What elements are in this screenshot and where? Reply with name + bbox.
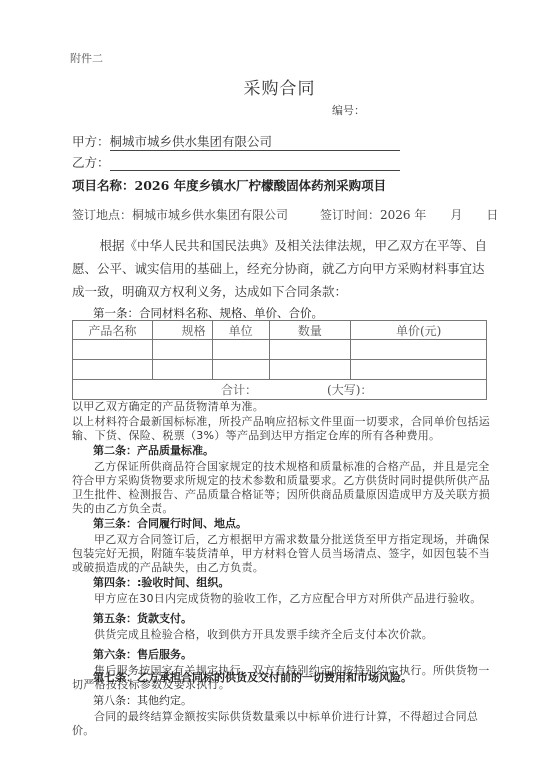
party-a-line: 甲方：桐城市城乡供水集团有限公司 — [72, 132, 400, 151]
party-b-line: 乙方： — [72, 153, 400, 171]
clause-3-body: 甲乙双方合同签订后，乙方根据甲方需求数量分批送货至甲方指定现场，并确保包装完好无… — [72, 533, 492, 575]
project-name-line: 项目名称：2026 年度乡镇水厂柠檬酸固体药剂采购项目 — [72, 176, 386, 194]
document-title: 采购合同 — [0, 74, 559, 99]
signing-place: 签订地点：桐城市城乡供水集团有限公司 — [72, 206, 288, 223]
header-unit: 单位 — [212, 321, 269, 340]
signing-time: 签订时间：2026 年月日 — [320, 206, 498, 223]
cell[interactable] — [73, 360, 153, 380]
clause-4-body: 甲方应在30日内完成货物的验收工作，乙方应配合甲方对所供产品进行验收。 — [72, 592, 492, 606]
project-name-label: 项目名称： — [72, 178, 135, 193]
project-name-value: 2026 年度乡镇水厂柠檬酸固体药剂采购项目 — [135, 178, 387, 193]
contract-number-label: 编号： — [332, 102, 365, 118]
cell[interactable] — [351, 340, 487, 360]
cell[interactable] — [152, 360, 212, 380]
table-header-row: 产品名称 规格 单位 数量 单价(元) — [73, 321, 487, 340]
clause-8-body: 合同的最终结算金额按实际供货数量乘以中标单价进行计算，不得超过合同总价。 — [72, 710, 492, 738]
party-a-label: 甲方： — [72, 134, 110, 149]
clause-5-title: 第五条：货款支付。 — [93, 610, 192, 626]
table-row — [73, 360, 487, 380]
clause-1-note-2: 以上材料符合最新国标标准，所投产品响应招标文件里面一切要求，合同单价包括运输、下… — [72, 415, 492, 443]
cell[interactable] — [152, 340, 212, 360]
table-total-row: 合计：(大写)： — [73, 380, 487, 400]
signing-place-value: 桐城市城乡供水集团有限公司 — [132, 208, 288, 222]
header-product-name: 产品名称 — [73, 321, 153, 340]
cell[interactable] — [269, 360, 351, 380]
party-b-value — [110, 155, 400, 171]
clause-8-title: 第八条：其他约定。 — [93, 692, 192, 708]
cell[interactable] — [212, 340, 269, 360]
clause-2-body: 乙方保证所供商品符合国家规定的技术规格和质量标准的合格产品，并且是完全符合甲方采… — [72, 460, 492, 516]
signing-time-label: 签订时间： — [320, 206, 380, 223]
total-capital-label: (大写)： — [327, 383, 372, 397]
signing-day: 日 — [486, 206, 498, 223]
signing-month: 月 — [450, 206, 462, 223]
cell[interactable] — [212, 360, 269, 380]
party-b-label: 乙方： — [72, 155, 110, 170]
signing-place-label: 签订地点： — [72, 208, 132, 222]
cell[interactable] — [269, 340, 351, 360]
intro-paragraph: 根据《中华人民共和国民法典》及相关法律法规，甲乙双方在平等、自愿、公平、诚实信用… — [72, 234, 492, 303]
clause-4-title: 第四条：:验收时间、组织。 — [93, 574, 229, 590]
cell[interactable] — [351, 360, 487, 380]
clause-5-body: 供货完成且检验合格，收到供方开具发票手续齐全后支付本次价款。 — [72, 628, 492, 642]
cell[interactable] — [73, 340, 153, 360]
signing-year: 2026 年 — [380, 206, 426, 223]
clause-6-title: 第六条：售后服务。 — [93, 646, 192, 662]
goods-table: 产品名称 规格 单位 数量 单价(元) 合计：(大写)： — [72, 320, 487, 400]
clause-1-title: 第一条：合同材料名称、规格、单价、合价。 — [93, 305, 323, 321]
clause-7-title: 第七条：乙方承担合同标的供货及交付前的一切费用和市场风险。 — [93, 669, 412, 685]
party-a-value: 桐城市城乡供水集团有限公司 — [110, 132, 400, 151]
annex-label: 附件二 — [70, 50, 103, 66]
header-spec: 规格 — [152, 321, 212, 340]
clause-3-title: 第三条：合同履行时间、地点。 — [93, 515, 247, 531]
clause-1-note-1: 以甲乙双方确定的产品货物清单为准。 — [72, 400, 492, 414]
clause-2-title: 第二条：产品质量标准。 — [93, 442, 214, 458]
header-unit-price: 单价(元) — [351, 321, 487, 340]
header-quantity: 数量 — [269, 321, 351, 340]
total-label: 合计： — [221, 383, 257, 397]
table-row — [73, 340, 487, 360]
